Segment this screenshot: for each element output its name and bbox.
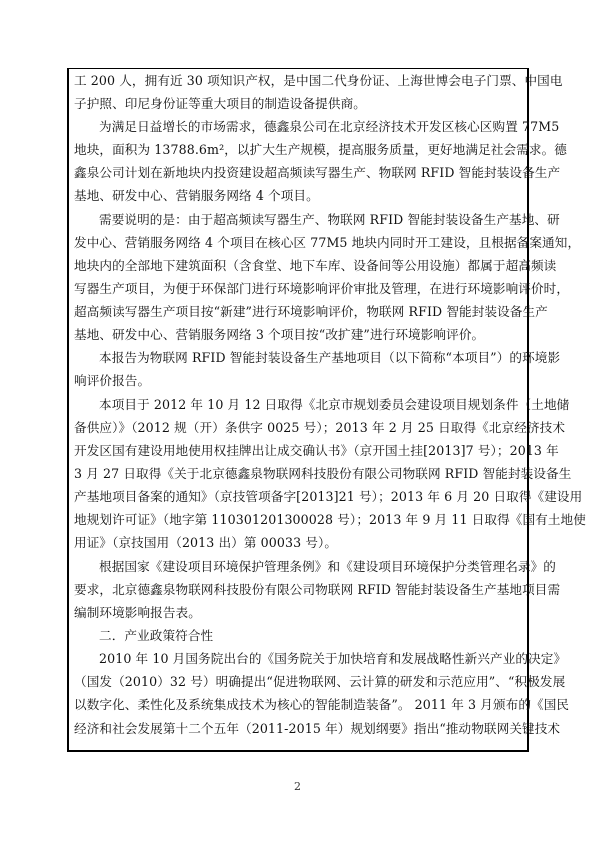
text-line: 为满足日益增长的市场需求，德鑫泉公司在北京经济技术开发区核心区购置 77M5 [99, 119, 559, 135]
text-line: 开发区国有建设用地使用权挂牌出让成交确认书》（京开国土挂[2013]7 号）；2… [74, 443, 559, 459]
text-line: 子护照、印尼身份证等重大项目的制造设备提供商。 [74, 96, 366, 112]
text-line: 地块，面积为 13788.6m²，以扩大生产规模，提高服务质量，更好地满足社会需… [74, 142, 567, 158]
text-line: 产基地项目备案的通知》（京技管项备字[2013]21 号）；2013 年 6 月… [74, 489, 582, 505]
text-line: 3 月 27 日取得《关于北京德鑫泉物联网科技股份有限公司物联网 RFID 智能… [74, 466, 571, 482]
text-line: 基地、研发中心、营销服务网络 3 个项目按“改扩建”进行环境影响评价。 [74, 327, 484, 343]
text-line: 地块内的全部地下建筑面积（含食堂、地下车库、设备间等公用设施）都属于超高频读 [74, 258, 556, 274]
text-line: 要求，北京德鑫泉物联网科技股份有限公司物联网 RFID 智能封装设备生产基地项目… [74, 582, 560, 598]
text-line: 需要说明的是：由于超高频读写器生产、物联网 RFID 智能封装设备生产基地、研 [99, 212, 560, 228]
text-line: 发中心、营销服务网络 4 个项目在核心区 77M5 地块内同时开工建设，且根据备… [74, 235, 580, 251]
text-line: 本报告为物联网 RFID 智能封装设备生产基地项目（以下简称“本项目”）的环境影 [99, 350, 560, 366]
text-line: 本项目于 2012 年 10 月 12 日取得《北京市规划委员会建设项目规划条件… [99, 397, 569, 413]
text-line: 鑫泉公司计划在新地块内投资建设超高频读写器生产、物联网 RFID 智能封装设备生… [74, 165, 560, 181]
text-line: （国发（2010）32 号）明确提出“促进物联网、云计算的研发和示范应用”、“积… [74, 674, 565, 690]
text-line: 写器生产项目，为便于环保部门进行环境影响评价审批及管理，在进行环境影响评价时， [74, 281, 569, 297]
text-line: 编制环境影响报告表。 [74, 605, 201, 621]
section-heading: 二．产业政策符合性 [99, 628, 213, 644]
text-line: 超高频读写器生产项目按“新建”进行环境影响评价，物联网 RFID 智能封装设备生… [74, 304, 548, 320]
text-line: 经济和社会发展第十二个五年（2011-2015 年）规划纲要》指出“推动物联网关… [74, 721, 560, 737]
text-line: 地规划许可证》（地字第 110301201300028 号）；2013 年 9 … [74, 512, 586, 528]
text-line: 备供应）》（2012 规（开）条供字 0025 号）；2013 年 2 月 25… [74, 420, 565, 436]
text-line: 以数字化、柔性化及系统集成技术为核心的智能制造装备”。 2011 年 3 月颁布… [74, 697, 569, 713]
text-line: 响评价报告。 [74, 373, 150, 389]
text-line: 基地、研发中心、营销服务网络 4 个项目。 [74, 188, 319, 204]
text-line: 2010 年 10 月国务院出台的《国务院关于加快培育和发展战略性新兴产业的决定… [99, 651, 566, 667]
text-line: 工 200 人，拥有近 30 项知识产权，是中国二代身份证、上海世博会电子门票、… [74, 73, 563, 89]
text-line: 根据国家《建设项目环境保护管理条例》和《建设项目环境保护分类管理名录》的 [99, 559, 556, 575]
page-number: 2 [0, 780, 595, 793]
text-line: 用证》（京技国用（2013 出）第 00033 号）。 [74, 535, 337, 551]
